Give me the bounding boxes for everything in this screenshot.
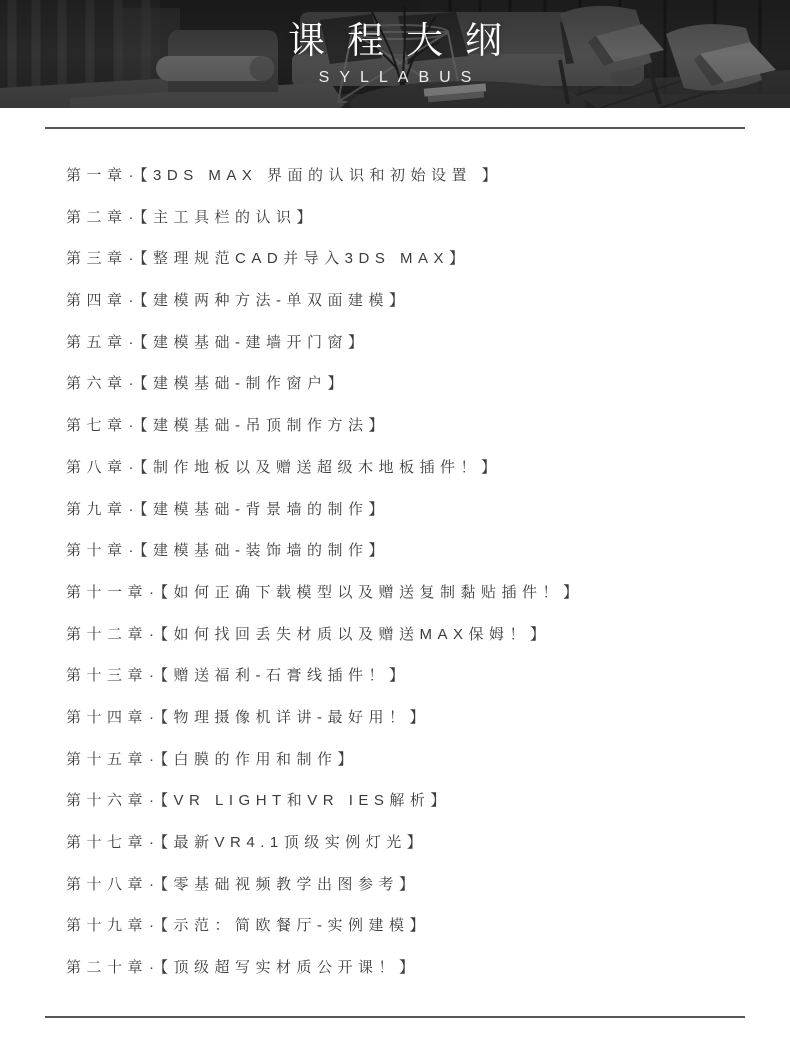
chapter-separator: · xyxy=(148,959,161,976)
chapter-separator: · xyxy=(148,792,161,809)
chapter-item: 第二章·【主工具栏的认识】 xyxy=(66,197,790,239)
chapter-number: 第二章 xyxy=(66,209,128,226)
syllabus-body: 第一章·【3DS MAX 界面的认识和初始设置 】 第二章·【主工具栏的认识】 … xyxy=(0,127,790,1018)
chapter-item: 第十四章·【物理摄像机详讲-最好用！】 xyxy=(66,697,790,739)
chapter-title: 【如何找回丢失材质以及赠送MAX保姆！】 xyxy=(161,626,551,643)
header: 课程大纲 SYLLABUS xyxy=(0,0,790,108)
chapter-item: 第十二章·【如何找回丢失材质以及赠送MAX保姆！】 xyxy=(66,614,790,656)
chapter-number: 第十五章 xyxy=(66,751,148,768)
chapter-item: 第十六章·【VR LIGHT和VR IES解析】 xyxy=(66,780,790,822)
chapter-separator: · xyxy=(148,751,161,768)
chapter-title: 【建模基础-制作窗户】 xyxy=(140,375,348,392)
chapter-number: 第十四章 xyxy=(66,709,148,726)
chapter-item: 第十九章·【示范：简欧餐厅-实例建模】 xyxy=(66,905,790,947)
top-divider xyxy=(45,127,745,129)
chapter-separator: · xyxy=(148,834,161,851)
chapter-title: 【示范：简欧餐厅-实例建模】 xyxy=(161,917,431,934)
syllabus-page: 课程大纲 SYLLABUS 第一章·【3DS MAX 界面的认识和初始设置 】 … xyxy=(0,0,790,1050)
chapter-title: 【赠送福利-石膏线插件！】 xyxy=(161,667,410,684)
chapter-item: 第十八章·【零基础视频教学出图参考】 xyxy=(66,864,790,906)
chapter-item: 第十五章·【白膜的作用和制作】 xyxy=(66,739,790,781)
chapter-separator: · xyxy=(148,917,161,934)
page-title: 课程大纲 xyxy=(266,22,524,59)
chapter-title: 【整理规范CAD并导入3DS MAX】 xyxy=(140,250,470,267)
chapter-separator: · xyxy=(148,667,161,684)
chapter-separator: · xyxy=(128,375,141,392)
chapter-item: 第十一章·【如何正确下载模型以及赠送复制黏贴插件！】 xyxy=(66,572,790,614)
header-text: 课程大纲 SYLLABUS xyxy=(0,0,790,108)
chapter-title: 【建模基础-吊顶制作方法】 xyxy=(140,417,389,434)
bottom-divider xyxy=(45,1016,745,1018)
chapter-number: 第一章 xyxy=(66,167,128,184)
chapter-number: 第九章 xyxy=(66,501,128,518)
chapter-separator: · xyxy=(148,709,161,726)
chapter-separator: · xyxy=(128,417,141,434)
chapter-number: 第十三章 xyxy=(66,667,148,684)
chapter-item: 第六章·【建模基础-制作窗户】 xyxy=(66,363,790,405)
chapter-title: 【制作地板以及赠送超级木地板插件！】 xyxy=(140,459,502,476)
chapter-title: 【建模基础-建墙开门窗】 xyxy=(140,334,369,351)
chapter-title: 【建模基础-背景墙的制作】 xyxy=(140,501,389,518)
chapter-list: 第一章·【3DS MAX 界面的认识和初始设置 】 第二章·【主工具栏的认识】 … xyxy=(66,155,790,989)
chapter-separator: · xyxy=(128,292,141,309)
chapter-separator: · xyxy=(128,334,141,351)
chapter-title: 【建模基础-装饰墙的制作】 xyxy=(140,542,389,559)
chapter-title: 【物理摄像机详讲-最好用！】 xyxy=(161,709,431,726)
chapter-title: 【最新VR4.1顶级实例灯光】 xyxy=(161,834,428,851)
chapter-title: 【3DS MAX 界面的认识和初始设置 】 xyxy=(140,167,502,184)
chapter-separator: · xyxy=(128,459,141,476)
chapter-item: 第九章·【建模基础-背景墙的制作】 xyxy=(66,489,790,531)
chapter-title: 【建模两种方法-单双面建模】 xyxy=(140,292,410,309)
chapter-title: 【VR LIGHT和VR IES解析】 xyxy=(161,792,451,809)
chapter-number: 第十一章 xyxy=(66,584,148,601)
chapter-item: 第二十章·【顶级超写实材质公开课！】 xyxy=(66,947,790,989)
chapter-number: 第七章 xyxy=(66,417,128,434)
chapter-item: 第十章·【建模基础-装饰墙的制作】 xyxy=(66,530,790,572)
chapter-number: 第五章 xyxy=(66,334,128,351)
chapter-number: 第十九章 xyxy=(66,917,148,934)
chapter-number: 第八章 xyxy=(66,459,128,476)
chapter-separator: · xyxy=(148,584,161,601)
chapter-title: 【主工具栏的认识】 xyxy=(140,209,317,226)
chapter-number: 第三章 xyxy=(66,250,128,267)
chapter-separator: · xyxy=(148,626,161,643)
chapter-number: 第十七章 xyxy=(66,834,148,851)
chapter-item: 第五章·【建模基础-建墙开门窗】 xyxy=(66,322,790,364)
chapter-separator: · xyxy=(128,167,141,184)
chapter-item: 第七章·【建模基础-吊顶制作方法】 xyxy=(66,405,790,447)
chapter-number: 第六章 xyxy=(66,375,128,392)
chapter-title: 【顶级超写实材质公开课！】 xyxy=(161,959,420,976)
chapter-separator: · xyxy=(148,876,161,893)
chapter-separator: · xyxy=(128,501,141,518)
chapter-number: 第十二章 xyxy=(66,626,148,643)
chapter-item: 第四章·【建模两种方法-单双面建模】 xyxy=(66,280,790,322)
chapter-separator: · xyxy=(128,209,141,226)
chapter-item: 第一章·【3DS MAX 界面的认识和初始设置 】 xyxy=(66,155,790,197)
chapter-number: 第十六章 xyxy=(66,792,148,809)
chapter-number: 第十八章 xyxy=(66,876,148,893)
chapter-item: 第十七章·【最新VR4.1顶级实例灯光】 xyxy=(66,822,790,864)
chapter-separator: · xyxy=(128,542,141,559)
chapter-number: 第二十章 xyxy=(66,959,148,976)
chapter-title: 【零基础视频教学出图参考】 xyxy=(161,876,420,893)
chapter-number: 第四章 xyxy=(66,292,128,309)
chapter-item: 第三章·【整理规范CAD并导入3DS MAX】 xyxy=(66,238,790,280)
chapter-title: 【白膜的作用和制作】 xyxy=(161,751,359,768)
page-subtitle: SYLLABUS xyxy=(309,70,482,86)
chapter-item: 第十三章·【赠送福利-石膏线插件！】 xyxy=(66,655,790,697)
chapter-item: 第八章·【制作地板以及赠送超级木地板插件！】 xyxy=(66,447,790,489)
chapter-number: 第十章 xyxy=(66,542,128,559)
chapter-title: 【如何正确下载模型以及赠送复制黏贴插件！】 xyxy=(161,584,584,601)
chapter-separator: · xyxy=(128,250,141,267)
